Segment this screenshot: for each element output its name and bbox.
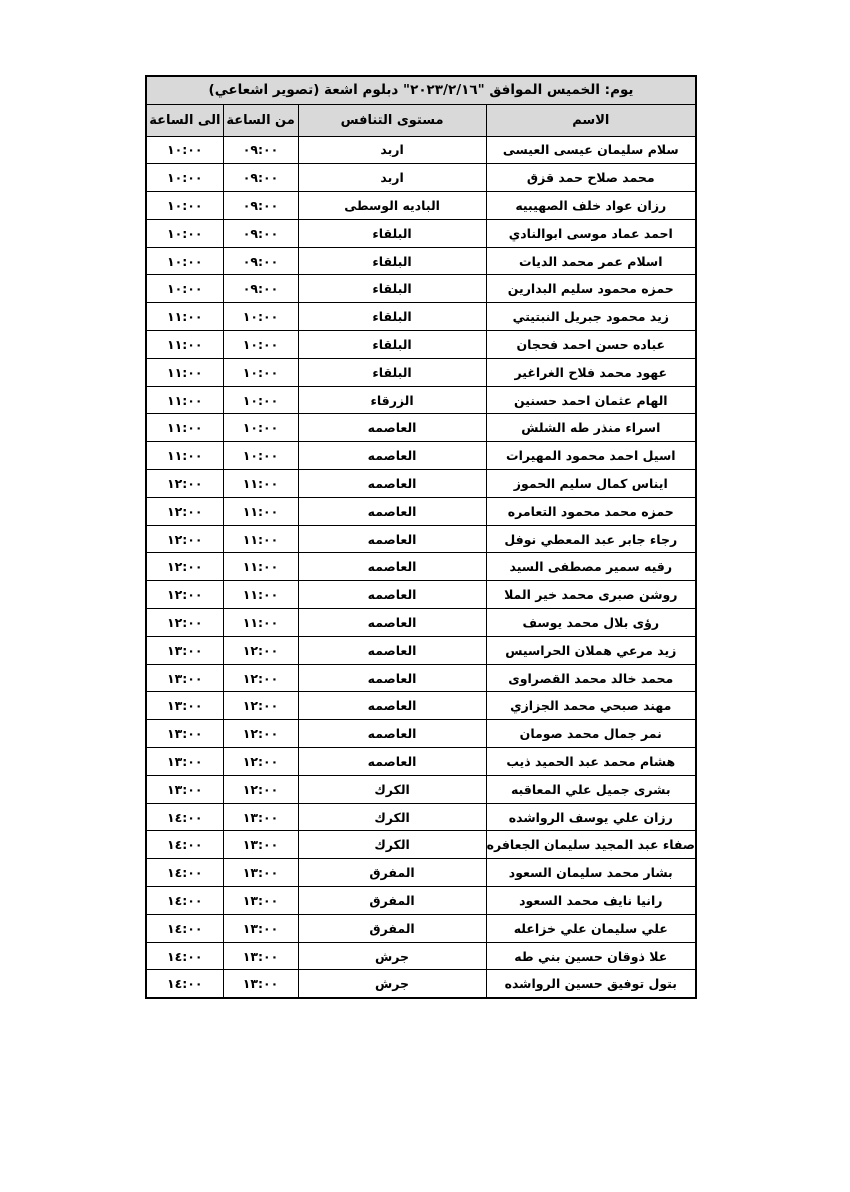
exam-schedule-table: يوم: الخميس الموافق "٢٠٢٣/٢/١٦" دبلوم اش… [145, 75, 697, 999]
name-cell: حمزه محمد محمود التعامره [486, 497, 696, 525]
level-cell: البلقاء [298, 247, 486, 275]
table-row: محمد خالد محمد القصراوىالعاصمه١٢:٠٠١٣:٠٠ [146, 664, 696, 692]
level-cell: المفرق [298, 859, 486, 887]
from-hour-cell: ١٠:٠٠ [223, 442, 298, 470]
from-hour-cell: ١٢:٠٠ [223, 636, 298, 664]
level-cell: العاصمه [298, 553, 486, 581]
table-row: رزان علي يوسف الرواشدهالكرك١٣:٠٠١٤:٠٠ [146, 803, 696, 831]
from-hour-cell: ١٣:٠٠ [223, 942, 298, 970]
col-header-name: الاسم [486, 104, 696, 136]
level-cell: العاصمه [298, 497, 486, 525]
table-title: يوم: الخميس الموافق "٢٠٢٣/٢/١٦" دبلوم اش… [146, 76, 696, 104]
to-hour-cell: ١٤:٠٠ [146, 887, 223, 915]
table-row: رزان عواد خلف الصهيبيهالباديه الوسطى٠٩:٠… [146, 192, 696, 220]
level-cell: العاصمه [298, 609, 486, 637]
name-cell: رؤى بلال محمد يوسف [486, 609, 696, 637]
to-hour-cell: ١٤:٠٠ [146, 942, 223, 970]
table-row: عباده حسن احمد فحجانالبلقاء١٠:٠٠١١:٠٠ [146, 331, 696, 359]
table-row: علا ذوقان حسين بني طهجرش١٣:٠٠١٤:٠٠ [146, 942, 696, 970]
table-row: حمزه محمد محمود التعامرهالعاصمه١١:٠٠١٢:٠… [146, 497, 696, 525]
from-hour-cell: ١٣:٠٠ [223, 970, 298, 998]
level-cell: العاصمه [298, 525, 486, 553]
name-cell: احمد عماد موسى ابوالنادي [486, 219, 696, 247]
from-hour-cell: ١١:٠٠ [223, 553, 298, 581]
name-cell: صفاء عبد المجيد سليمان الجعافره [486, 831, 696, 859]
name-cell: حمزه محمود سليم البدارين [486, 275, 696, 303]
to-hour-cell: ١٤:٠٠ [146, 831, 223, 859]
name-cell: زيد محمود جبريل النبتيتي [486, 303, 696, 331]
from-hour-cell: ٠٩:٠٠ [223, 136, 298, 164]
from-hour-cell: ١٠:٠٠ [223, 331, 298, 359]
level-cell: المفرق [298, 887, 486, 915]
level-cell: الكرك [298, 831, 486, 859]
from-hour-cell: ٠٩:٠٠ [223, 164, 298, 192]
to-hour-cell: ١٣:٠٠ [146, 636, 223, 664]
name-cell: عهود محمد فلاح الغراغير [486, 358, 696, 386]
level-cell: الكرك [298, 803, 486, 831]
to-hour-cell: ١٤:٠٠ [146, 803, 223, 831]
level-cell: العاصمه [298, 414, 486, 442]
level-cell: العاصمه [298, 470, 486, 498]
table-row: حمزه محمود سليم البدارينالبلقاء٠٩:٠٠١٠:٠… [146, 275, 696, 303]
from-hour-cell: ١٣:٠٠ [223, 831, 298, 859]
table-row: احمد عماد موسى ابوالناديالبلقاء٠٩:٠٠١٠:٠… [146, 219, 696, 247]
from-hour-cell: ١١:٠٠ [223, 470, 298, 498]
table-row: بتول توفيق حسين الرواشدهجرش١٣:٠٠١٤:٠٠ [146, 970, 696, 998]
col-header-from-hour: من الساعة [223, 104, 298, 136]
from-hour-cell: ١١:٠٠ [223, 525, 298, 553]
to-hour-cell: ١٢:٠٠ [146, 497, 223, 525]
from-hour-cell: ١٢:٠٠ [223, 775, 298, 803]
from-hour-cell: ٠٩:٠٠ [223, 247, 298, 275]
level-cell: الزرقاء [298, 386, 486, 414]
table-row: رجاء جابر عبد المعطي نوفلالعاصمه١١:٠٠١٢:… [146, 525, 696, 553]
to-hour-cell: ١٢:٠٠ [146, 525, 223, 553]
name-cell: مهند صبحي محمد الجزازي [486, 692, 696, 720]
from-hour-cell: ٠٩:٠٠ [223, 192, 298, 220]
to-hour-cell: ١١:٠٠ [146, 303, 223, 331]
to-hour-cell: ١٢:٠٠ [146, 553, 223, 581]
table-row: اسلام عمر محمد الدياتالبلقاء٠٩:٠٠١٠:٠٠ [146, 247, 696, 275]
name-cell: رجاء جابر عبد المعطي نوفل [486, 525, 696, 553]
name-cell: اسراء منذر طه الشلش [486, 414, 696, 442]
level-cell: اربد [298, 164, 486, 192]
level-cell: الكرك [298, 775, 486, 803]
level-cell: الباديه الوسطى [298, 192, 486, 220]
table-body: سلام سليمان عيسى العيسىاربد٠٩:٠٠١٠:٠٠محم… [146, 136, 696, 998]
from-hour-cell: ١٣:٠٠ [223, 887, 298, 915]
from-hour-cell: ١٠:٠٠ [223, 358, 298, 386]
from-hour-cell: ١٢:٠٠ [223, 748, 298, 776]
table-row: علي سليمان علي خزاعلهالمفرق١٣:٠٠١٤:٠٠ [146, 914, 696, 942]
from-hour-cell: ١٠:٠٠ [223, 386, 298, 414]
from-hour-cell: ١١:٠٠ [223, 497, 298, 525]
level-cell: البلقاء [298, 275, 486, 303]
name-cell: اسيل احمد محمود المهيرات [486, 442, 696, 470]
from-hour-cell: ١١:٠٠ [223, 609, 298, 637]
to-hour-cell: ١٠:٠٠ [146, 136, 223, 164]
from-hour-cell: ١١:٠٠ [223, 581, 298, 609]
table-row: عهود محمد فلاح الغراغيرالبلقاء١٠:٠٠١١:٠٠ [146, 358, 696, 386]
col-header-competition-level: مستوى التنافس [298, 104, 486, 136]
to-hour-cell: ١٣:٠٠ [146, 748, 223, 776]
name-cell: عباده حسن احمد فحجان [486, 331, 696, 359]
table-row: محمد صلاح حمد قزقاربد٠٩:٠٠١٠:٠٠ [146, 164, 696, 192]
level-cell: البلقاء [298, 303, 486, 331]
to-hour-cell: ١٤:٠٠ [146, 970, 223, 998]
to-hour-cell: ١١:٠٠ [146, 358, 223, 386]
table-row: زيد محمود جبريل النبتيتيالبلقاء١٠:٠٠١١:٠… [146, 303, 696, 331]
name-cell: سلام سليمان عيسى العيسى [486, 136, 696, 164]
from-hour-cell: ١٢:٠٠ [223, 720, 298, 748]
level-cell: العاصمه [298, 692, 486, 720]
table-row: نمر جمال محمد صومانالعاصمه١٢:٠٠١٣:٠٠ [146, 720, 696, 748]
name-cell: رقيه سمير مصطفى السيد [486, 553, 696, 581]
level-cell: اربد [298, 136, 486, 164]
name-cell: رزان علي يوسف الرواشده [486, 803, 696, 831]
to-hour-cell: ١٠:٠٠ [146, 192, 223, 220]
table-row: مهند صبحي محمد الجزازيالعاصمه١٢:٠٠١٣:٠٠ [146, 692, 696, 720]
table-row: الهام عثمان احمد حسنينالزرقاء١٠:٠٠١١:٠٠ [146, 386, 696, 414]
level-cell: العاصمه [298, 664, 486, 692]
table-row: هشام محمد عبد الحميد ذيبالعاصمه١٢:٠٠١٣:٠… [146, 748, 696, 776]
table-row: ايناس كمال سليم الحموزالعاصمه١١:٠٠١٢:٠٠ [146, 470, 696, 498]
table-row: رانيا نايف محمد السعودالمفرق١٣:٠٠١٤:٠٠ [146, 887, 696, 915]
level-cell: العاصمه [298, 442, 486, 470]
from-hour-cell: ١٠:٠٠ [223, 303, 298, 331]
to-hour-cell: ١٣:٠٠ [146, 775, 223, 803]
to-hour-cell: ١٢:٠٠ [146, 470, 223, 498]
level-cell: البلقاء [298, 331, 486, 359]
table-row: سلام سليمان عيسى العيسىاربد٠٩:٠٠١٠:٠٠ [146, 136, 696, 164]
name-cell: علي سليمان علي خزاعله [486, 914, 696, 942]
level-cell: جرش [298, 942, 486, 970]
to-hour-cell: ١٤:٠٠ [146, 914, 223, 942]
level-cell: البلقاء [298, 358, 486, 386]
name-cell: بشرى جميل علي المعاقبه [486, 775, 696, 803]
to-hour-cell: ١٢:٠٠ [146, 581, 223, 609]
name-cell: روشن صبرى محمد خير الملا [486, 581, 696, 609]
table-row: زيد مرعي هملان الحراسيسالعاصمه١٢:٠٠١٣:٠٠ [146, 636, 696, 664]
name-cell: اسلام عمر محمد الديات [486, 247, 696, 275]
name-cell: بشار محمد سليمان السعود [486, 859, 696, 887]
to-hour-cell: ١٣:٠٠ [146, 664, 223, 692]
level-cell: العاصمه [298, 748, 486, 776]
table-row: رقيه سمير مصطفى السيدالعاصمه١١:٠٠١٢:٠٠ [146, 553, 696, 581]
level-cell: العاصمه [298, 636, 486, 664]
table-header-row: الاسم مستوى التنافس من الساعة الى الساعة [146, 104, 696, 136]
name-cell: نمر جمال محمد صومان [486, 720, 696, 748]
to-hour-cell: ١٠:٠٠ [146, 219, 223, 247]
to-hour-cell: ١١:٠٠ [146, 442, 223, 470]
table-title-row: يوم: الخميس الموافق "٢٠٢٣/٢/١٦" دبلوم اش… [146, 76, 696, 104]
name-cell: الهام عثمان احمد حسنين [486, 386, 696, 414]
table-row: اسيل احمد محمود المهيراتالعاصمه١٠:٠٠١١:٠… [146, 442, 696, 470]
table-row: بشار محمد سليمان السعودالمفرق١٣:٠٠١٤:٠٠ [146, 859, 696, 887]
from-hour-cell: ١٠:٠٠ [223, 414, 298, 442]
to-hour-cell: ١١:٠٠ [146, 414, 223, 442]
name-cell: محمد خالد محمد القصراوى [486, 664, 696, 692]
name-cell: محمد صلاح حمد قزق [486, 164, 696, 192]
table-row: رؤى بلال محمد يوسفالعاصمه١١:٠٠١٢:٠٠ [146, 609, 696, 637]
level-cell: جرش [298, 970, 486, 998]
col-header-to-hour: الى الساعة [146, 104, 223, 136]
level-cell: العاصمه [298, 720, 486, 748]
from-hour-cell: ٠٩:٠٠ [223, 219, 298, 247]
table-row: صفاء عبد المجيد سليمان الجعافرهالكرك١٣:٠… [146, 831, 696, 859]
from-hour-cell: ١٢:٠٠ [223, 664, 298, 692]
to-hour-cell: ١٠:٠٠ [146, 275, 223, 303]
to-hour-cell: ١٣:٠٠ [146, 720, 223, 748]
name-cell: رزان عواد خلف الصهيبيه [486, 192, 696, 220]
to-hour-cell: ١٤:٠٠ [146, 859, 223, 887]
from-hour-cell: ١٣:٠٠ [223, 803, 298, 831]
name-cell: هشام محمد عبد الحميد ذيب [486, 748, 696, 776]
name-cell: رانيا نايف محمد السعود [486, 887, 696, 915]
document-page: يوم: الخميس الموافق "٢٠٢٣/٢/١٦" دبلوم اش… [0, 0, 850, 1192]
to-hour-cell: ١٠:٠٠ [146, 247, 223, 275]
to-hour-cell: ١٠:٠٠ [146, 164, 223, 192]
to-hour-cell: ١١:٠٠ [146, 331, 223, 359]
level-cell: المفرق [298, 914, 486, 942]
table-row: روشن صبرى محمد خير الملاالعاصمه١١:٠٠١٢:٠… [146, 581, 696, 609]
level-cell: العاصمه [298, 581, 486, 609]
name-cell: بتول توفيق حسين الرواشده [486, 970, 696, 998]
to-hour-cell: ١١:٠٠ [146, 386, 223, 414]
from-hour-cell: ١٣:٠٠ [223, 859, 298, 887]
to-hour-cell: ١٣:٠٠ [146, 692, 223, 720]
from-hour-cell: ١٢:٠٠ [223, 692, 298, 720]
level-cell: البلقاء [298, 219, 486, 247]
name-cell: زيد مرعي هملان الحراسيس [486, 636, 696, 664]
from-hour-cell: ١٣:٠٠ [223, 914, 298, 942]
from-hour-cell: ٠٩:٠٠ [223, 275, 298, 303]
table-row: اسراء منذر طه الشلشالعاصمه١٠:٠٠١١:٠٠ [146, 414, 696, 442]
name-cell: علا ذوقان حسين بني طه [486, 942, 696, 970]
to-hour-cell: ١٢:٠٠ [146, 609, 223, 637]
table-row: بشرى جميل علي المعاقبهالكرك١٢:٠٠١٣:٠٠ [146, 775, 696, 803]
name-cell: ايناس كمال سليم الحموز [486, 470, 696, 498]
